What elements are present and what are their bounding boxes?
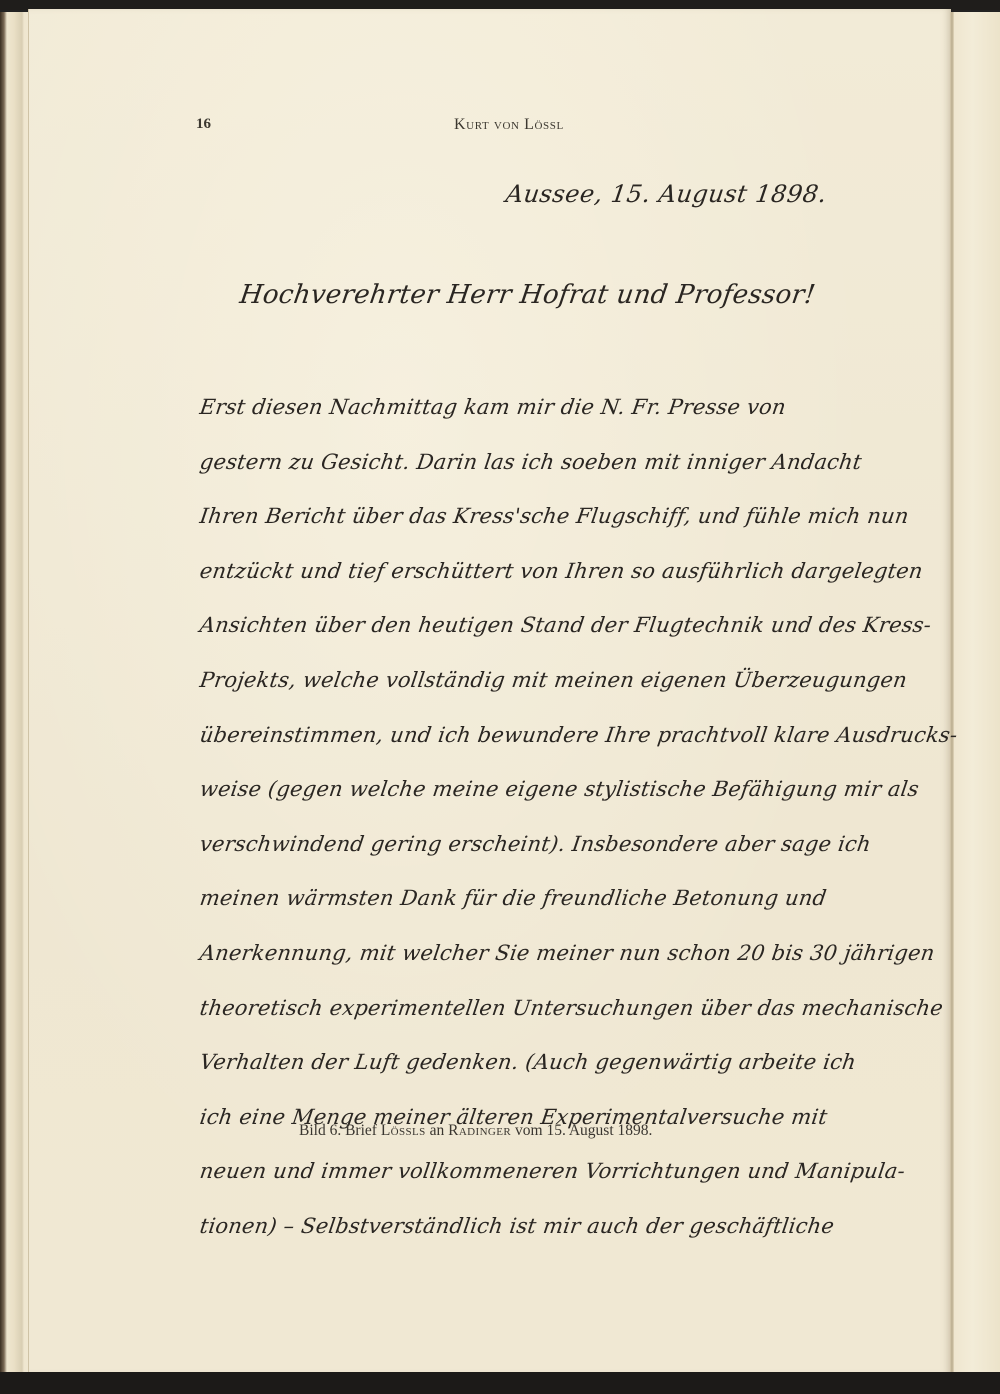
page-number: 16 xyxy=(196,116,211,133)
caption-author: Lössls xyxy=(381,1122,426,1139)
letter-line: Erst diesen Nachmittag kam mir die N. Fr… xyxy=(196,380,884,435)
letter-line: entzückt und tief erschüttert von Ihren … xyxy=(196,544,884,599)
figure-caption: Bild 6. Brief Lössls an Radinger vom 15.… xyxy=(299,1122,769,1140)
letter-line: theoretisch experimentellen Untersuchung… xyxy=(196,981,884,1036)
letter-line: Anerkennung, mit welcher Sie meiner nun … xyxy=(196,926,884,981)
caption-suffix: vom 15. August 1898. xyxy=(511,1122,652,1139)
letter-dateline: Aussee, 15. August 1898. xyxy=(504,180,829,208)
letter-line: Ihren Bericht über das Kress'sche Flugsc… xyxy=(196,489,884,544)
scanned-book-spread: 16 Kurt von Lössl Aussee, 15. August 189… xyxy=(0,0,1000,1394)
letter-line: weise (gegen welche meine eigene stylist… xyxy=(196,762,884,817)
letter-line: verschwindend gering erscheint). Insbeso… xyxy=(196,817,884,872)
stacked-page-edges xyxy=(0,12,30,1372)
caption-middle: an xyxy=(426,1122,448,1139)
caption-recipient: Radinger xyxy=(448,1122,511,1139)
scan-background-bottom xyxy=(0,1372,1000,1394)
letter-salutation: Hochverehrter Herr Hofrat und Professor! xyxy=(238,280,817,310)
facing-page-edge xyxy=(954,12,1000,1380)
letter-line: Verhalten der Luft gedenken. (Auch gegen… xyxy=(196,1035,884,1090)
letter-line: meinen wärmsten Dank für die freundliche… xyxy=(196,871,884,926)
letter-line: übereinstimmen, und ich bewundere Ihre p… xyxy=(196,708,884,763)
letter-line: Ansichten über den heutigen Stand der Fl… xyxy=(196,598,884,653)
letter-line: neuen und immer vollkommeneren Vorrichtu… xyxy=(196,1144,884,1199)
letter-line: gestern zu Gesicht. Darin las ich soeben… xyxy=(196,435,884,490)
letter-line: Projekts, welche vollständig mit meinen … xyxy=(196,653,884,708)
running-title: Kurt von Lössl xyxy=(454,116,564,134)
caption-prefix: Bild 6. Brief xyxy=(299,1122,381,1139)
letter-line: tionen) – Selbstverständlich ist mir auc… xyxy=(196,1199,884,1254)
